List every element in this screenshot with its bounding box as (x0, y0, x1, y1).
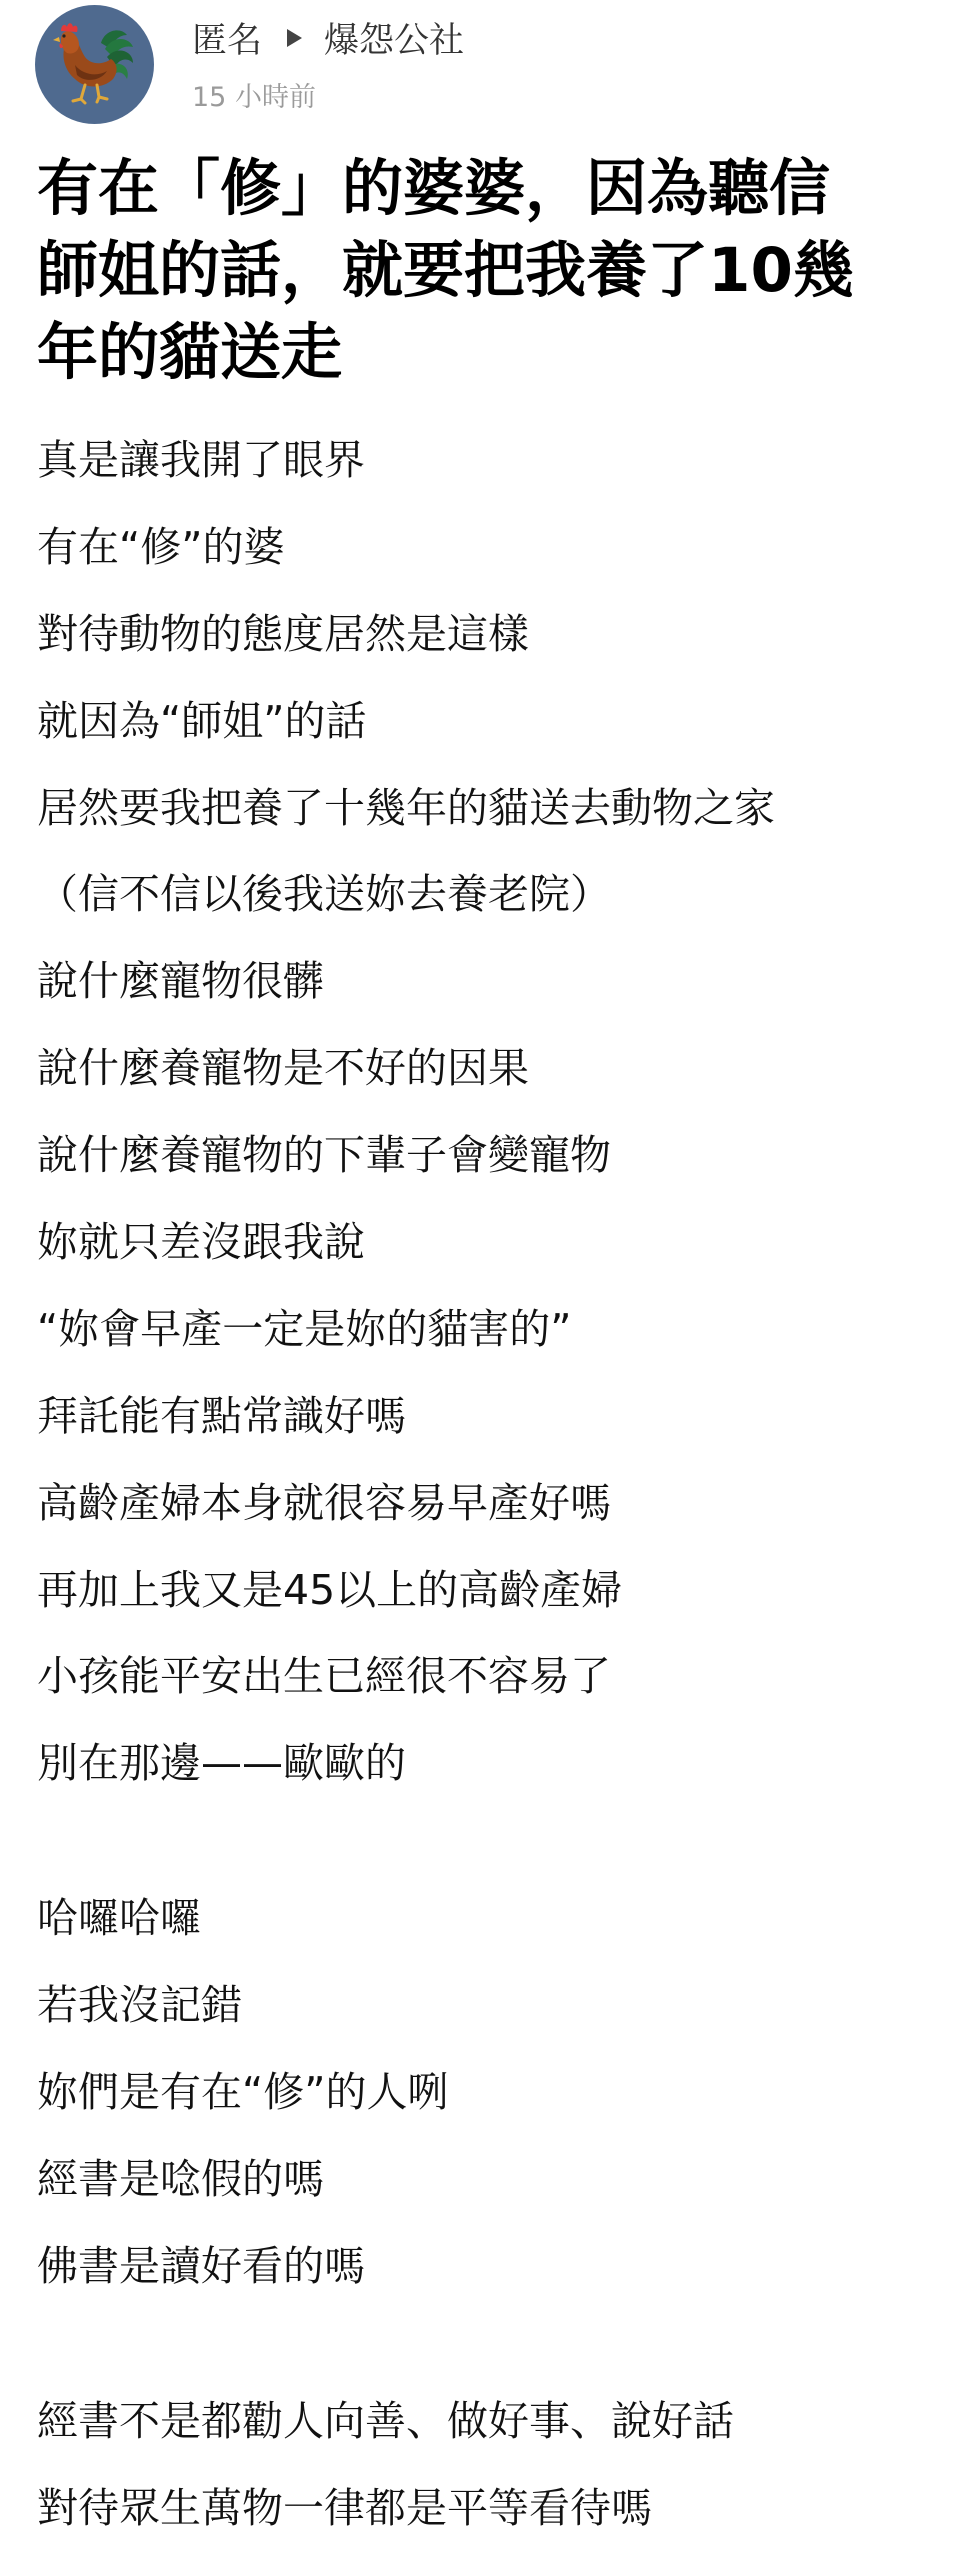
paragraph: 哈囉哈囉 若我沒記錯 妳們是有在“修”的人咧 經書是唸假的嗎 佛書是讀好看的嗎 (37, 1875, 947, 2309)
post-title: 有在「修」的婆婆，因為聽信 師姐的話，就要把我養了10幾 年的貓送走 (37, 148, 947, 394)
body-line: “妳會早產一定是妳的貓害的” (37, 1286, 947, 1373)
body-line: 妳們是有在“修”的人咧 (37, 2049, 947, 2136)
body-line: 真是讓我開了眼界 (37, 417, 947, 504)
paragraph-gap (37, 2310, 947, 2378)
body-line: 說什麼寵物很髒 (37, 938, 947, 1025)
body-line: 再加上我又是45以上的高齡產婦 (37, 1547, 947, 1634)
body-line: 妳就只差沒跟我說 (37, 1199, 947, 1286)
body-line: 說什麼養寵物是不好的因果 (37, 1025, 947, 1112)
post-body: 真是讓我開了眼界 有在“修”的婆 對待動物的態度居然是這樣 就因為“師姐”的話 … (37, 417, 947, 2551)
author-board-row: 匿名 爆怨公社 (192, 15, 464, 61)
post-timestamp: 15 小時前 (192, 75, 316, 114)
title-line: 有在「修」的婆婆，因為聽信 (37, 148, 947, 230)
body-line: 佛書是讀好看的嗎 (37, 2223, 947, 2310)
paragraph: 經書不是都勸人向善、做好事、說好話 對待眾生萬物一律都是平等看待嗎 (37, 2378, 947, 2551)
avatar[interactable] (35, 5, 154, 124)
body-line: （信不信以後我送妳去養老院） (37, 851, 947, 938)
board-name[interactable]: 爆怨公社 (324, 13, 464, 63)
body-line: 經書是唸假的嗎 (37, 2136, 947, 2223)
title-line: 師姐的話，就要把我養了10幾 (37, 230, 947, 312)
body-line: 小孩能平安出生已經很不容易了 (37, 1633, 947, 1720)
author-name[interactable]: 匿名 (192, 13, 262, 63)
body-line: 有在“修”的婆 (37, 504, 947, 591)
body-line: 若我沒記錯 (37, 1962, 947, 2049)
body-line: 高齡產婦本身就很容易早產好嗎 (37, 1460, 947, 1547)
body-line: 別在那邊——歐歐的 (37, 1720, 947, 1807)
body-line: 哈囉哈囉 (37, 1875, 947, 1962)
body-line: 拜託能有點常識好嗎 (37, 1373, 947, 1460)
paragraph-gap (37, 1807, 947, 1875)
body-line: 居然要我把養了十幾年的貓送去動物之家 (37, 765, 947, 852)
paragraph: 真是讓我開了眼界 有在“修”的婆 對待動物的態度居然是這樣 就因為“師姐”的話 … (37, 417, 947, 1807)
post-header: 匿名 爆怨公社 15 小時前 (0, 0, 971, 130)
body-line: 說什麼養寵物的下輩子會變寵物 (37, 1112, 947, 1199)
right-triangle-icon (287, 29, 302, 47)
rooster-icon (35, 5, 154, 124)
body-line: 就因為“師姐”的話 (37, 678, 947, 765)
title-line: 年的貓送走 (37, 312, 947, 394)
body-line: 對待動物的態度居然是這樣 (37, 591, 947, 678)
body-line: 對待眾生萬物一律都是平等看待嗎 (37, 2465, 947, 2551)
body-line: 經書不是都勸人向善、做好事、說好話 (37, 2378, 947, 2465)
